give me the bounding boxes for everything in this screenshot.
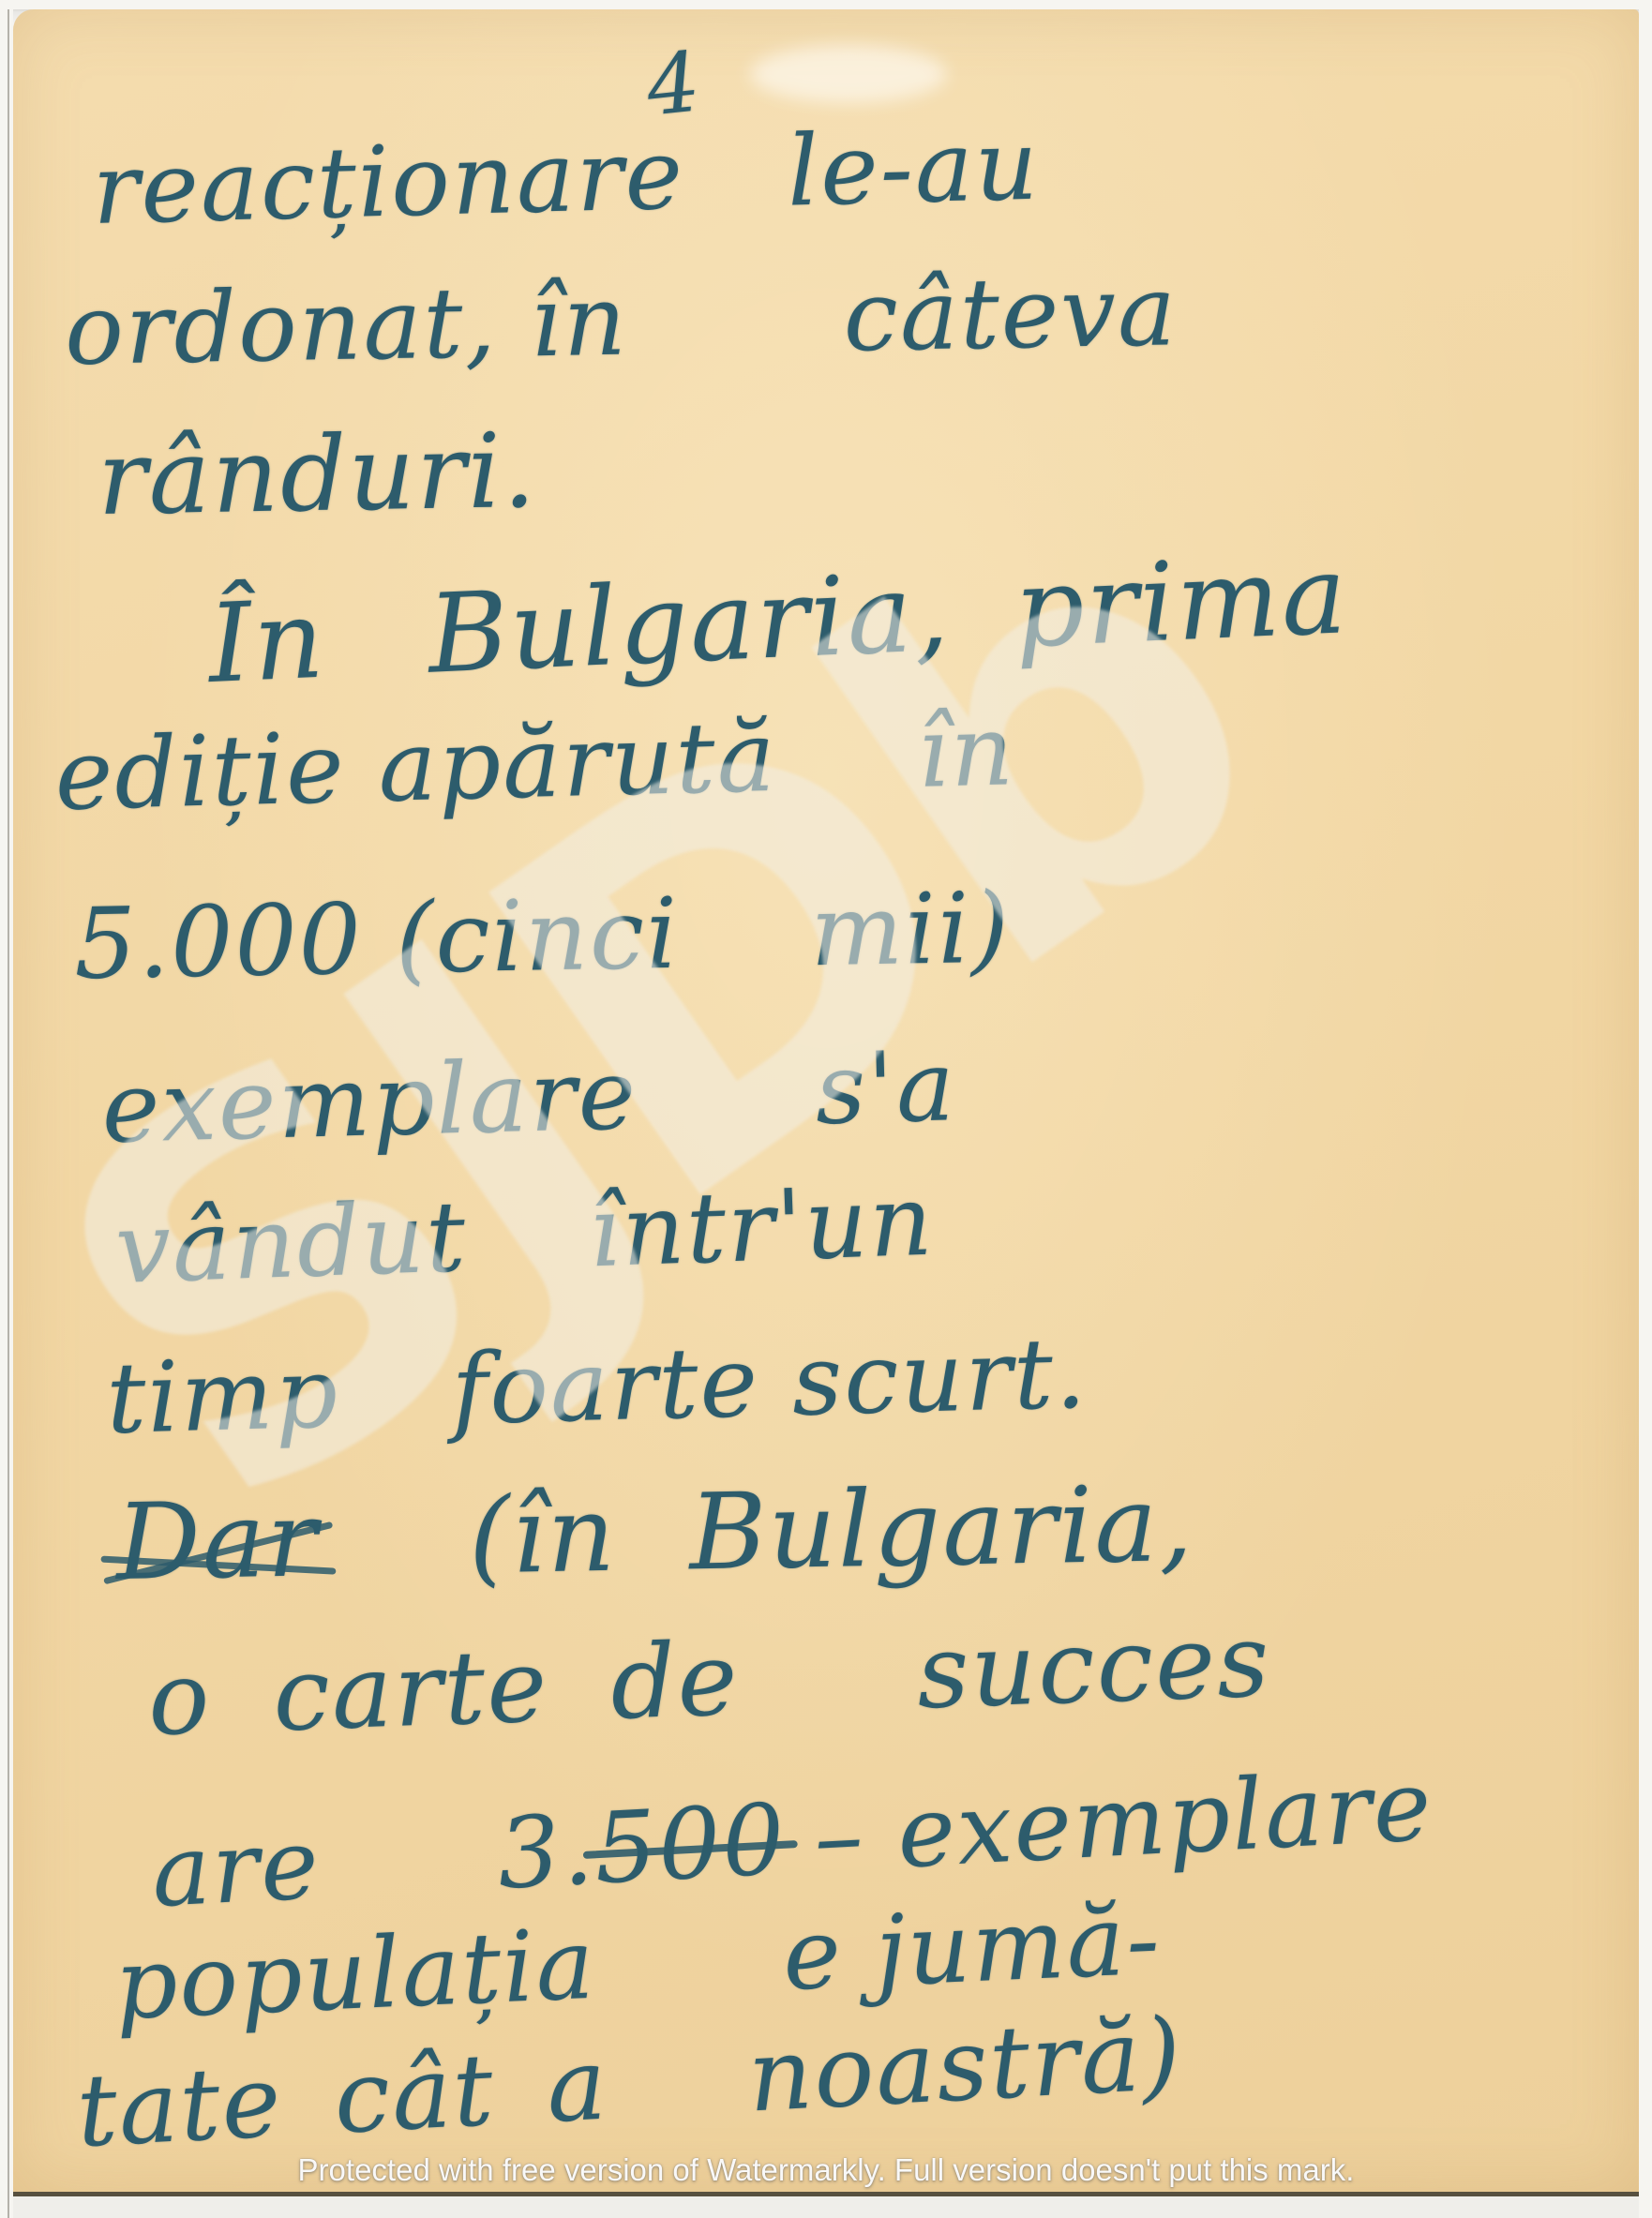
handwriting-line: Dar (în Bulgaria, <box>115 1472 1195 1596</box>
watermarkly-notice: Protected with free version of Watermark… <box>0 2152 1652 2188</box>
handwriting-segment: exemplare <box>100 1045 638 1157</box>
scanned-manuscript: { "document": { "kind": "handwritten man… <box>0 0 1652 2218</box>
handwriting-segment: câteva <box>843 262 1179 365</box>
handwriting-segment: într'un <box>587 1172 936 1281</box>
tape-smudge <box>750 45 947 103</box>
scan-edge-left <box>0 0 13 2218</box>
handwriting-segment: noastră) <box>745 2004 1184 2126</box>
handwriting-segment: e jumă- <box>781 1890 1164 2004</box>
handwriting-segment: mii) <box>809 879 1012 981</box>
handwriting-segment: o carte de <box>146 1629 741 1751</box>
handwriting-segment: – exemplare <box>812 1757 1435 1886</box>
handwriting-segment: tate cât a <box>74 2034 610 2162</box>
handwriting-segment-struck: Dar <box>115 1487 320 1596</box>
handwriting-line: ordonat, în câteva <box>64 262 1179 379</box>
handwriting-segment: (în Bulgaria, <box>468 1472 1195 1589</box>
handwriting-segment: 5.000 (cinci <box>73 885 680 993</box>
handwriting-segment: le-au <box>786 116 1041 220</box>
handwriting-segment: s'a <box>814 1037 957 1138</box>
handwriting-segment: foarte scurt. <box>450 1325 1089 1439</box>
handwriting-segment: ediție apărută <box>53 708 778 824</box>
handwriting-segment: în <box>916 701 1016 802</box>
handwriting-segment: În <box>206 586 327 699</box>
scan-edge-right <box>1639 0 1652 2218</box>
handwriting-segment: reacționare <box>91 126 685 238</box>
handwriting-line: reacționare le-au <box>91 116 1041 238</box>
scan-edge-top <box>0 0 1652 9</box>
handwriting-line: exemplare s'a <box>100 1037 957 1157</box>
handwriting-segment: timp <box>105 1344 340 1447</box>
handwriting-line: vândut într'un <box>113 1172 936 1297</box>
handwriting-segment-struck: 500 <box>592 1791 788 1898</box>
handwriting-segment: 3. <box>495 1800 597 1902</box>
handwriting-segment: vândut <box>113 1188 468 1297</box>
handwriting-line: timp foarte scurt. <box>105 1325 1089 1447</box>
handwriting-line: rânduri. <box>97 419 538 530</box>
handwriting-segment: succes <box>915 1611 1272 1724</box>
handwriting-segment: ordonat, în <box>64 272 628 379</box>
handwriting-segment: are <box>150 1815 323 1921</box>
handwriting-segment: populația <box>113 1915 597 2033</box>
handwriting-segment: rânduri. <box>97 419 538 530</box>
handwriting-line: 5.000 (cinci mii) <box>73 879 1012 993</box>
